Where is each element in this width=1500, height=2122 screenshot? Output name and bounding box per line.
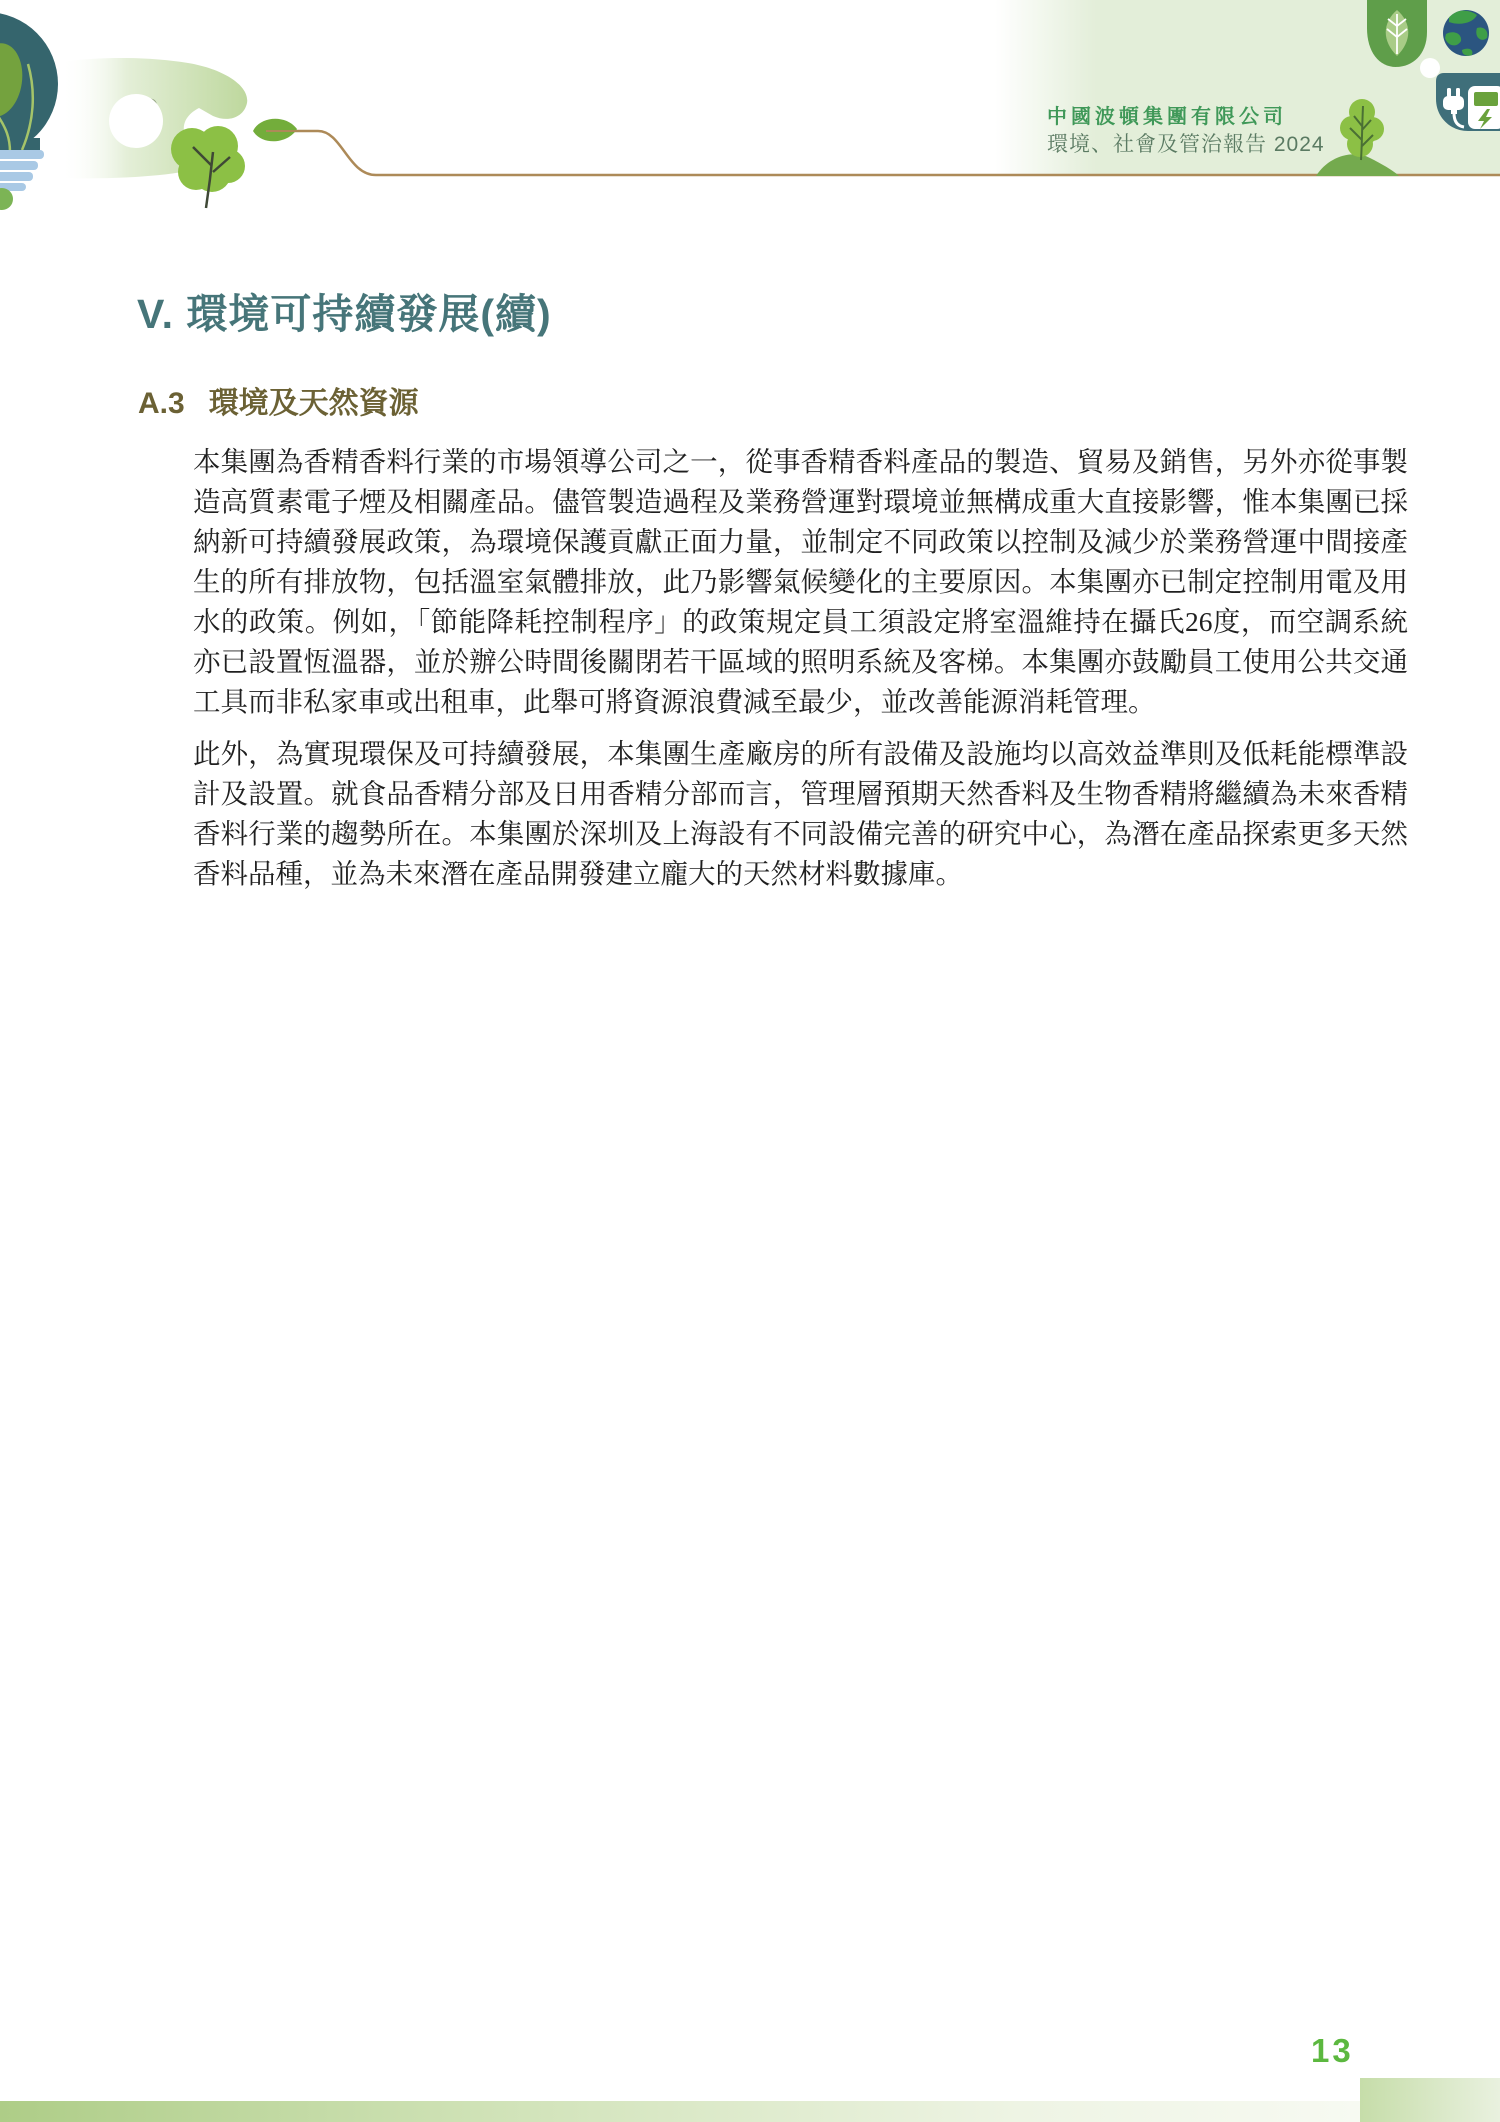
charging-station-icon (1468, 86, 1500, 129)
report-page: 中國波頓集團有限公司 環境、社會及管治報告 2024 V. 環境可持續發展(續)… (0, 0, 1500, 2122)
section-heading: A.3環境及天然資源 (138, 378, 419, 422)
plant-icon (171, 126, 245, 208)
footer-corner-block (1360, 2078, 1500, 2122)
page-title: V. 環境可持續發展(續) (137, 281, 552, 340)
ev-charger-icon (1436, 73, 1500, 131)
hill-shape (1316, 154, 1399, 176)
connector-dot (1420, 58, 1440, 78)
report-title: 環境、社會及管治報告 2024 (1047, 128, 1325, 158)
paragraph-2: 此外，為實現環保及可持續發展，本集團生產廠房的所有設備及設施均以高效益準則及低耗… (193, 734, 1408, 894)
footer-strip (0, 2101, 1360, 2122)
globe-icon (1443, 10, 1489, 56)
section-title: 環境及天然資源 (209, 387, 419, 420)
hand-picking-plant-icon (60, 58, 247, 208)
tree-icon (1340, 99, 1384, 160)
company-name: 中國波頓集團有限公司 (1047, 100, 1287, 129)
leaf-icon (253, 119, 297, 142)
body-text: 本集團為香精香料行業的市場領導公司之一，從事香精香料產品的製造、貿易及銷售，另外… (193, 442, 1408, 906)
paragraph-1: 本集團為香精香料行業的市場領導公司之一，從事香精香料產品的製造、貿易及銷售，另外… (193, 442, 1408, 722)
lightbulb-icon (0, 12, 58, 210)
page-number: 13 (1311, 2032, 1354, 2070)
leaf-badge-icon (1367, 0, 1427, 67)
section-number: A.3 (138, 387, 185, 420)
